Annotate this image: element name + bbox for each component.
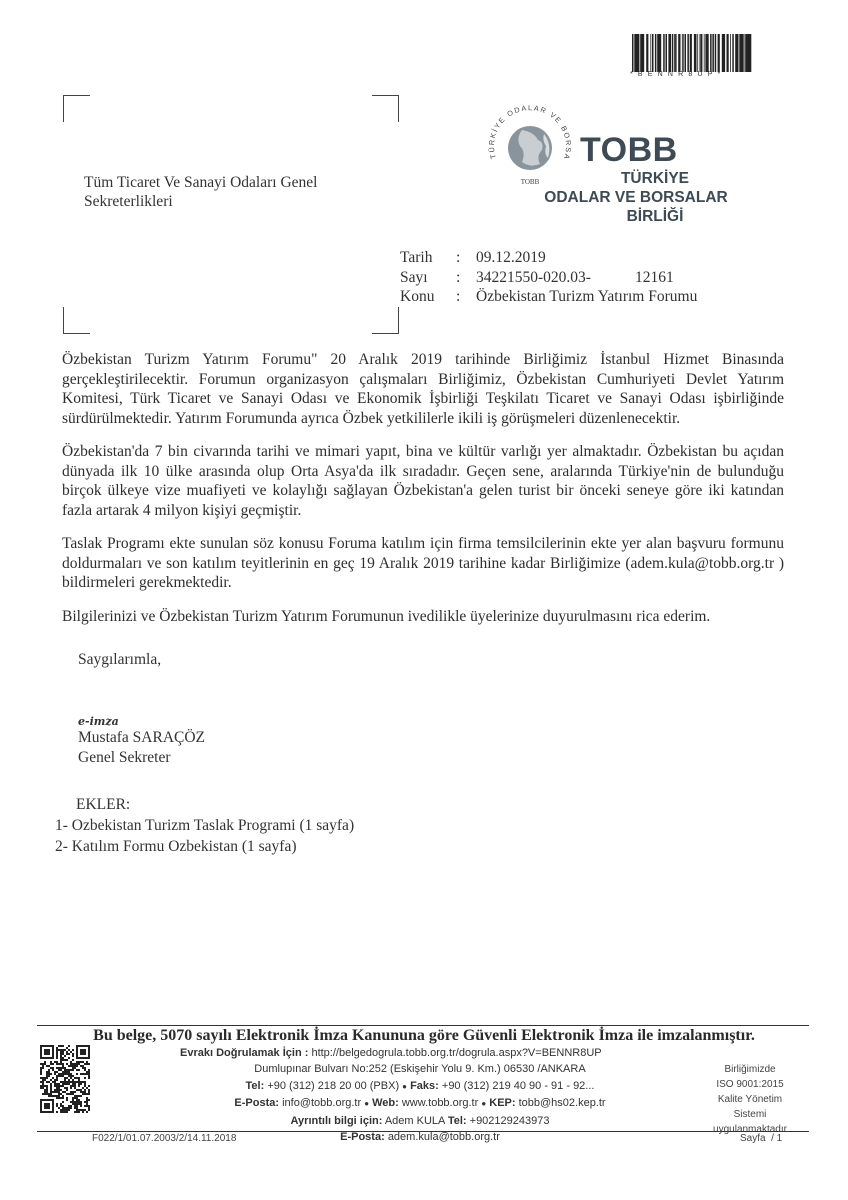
meta-label: Tarih xyxy=(400,248,456,268)
footer-detail-line: Ayrıntılı bilgi için: Adem KULA Tel: +90… xyxy=(160,1113,680,1129)
meta-date-row: Tarih : 09.12.2019 xyxy=(400,248,697,268)
logo-name-line: TÜRKİYE xyxy=(565,169,745,188)
attachments-list: 1- Ozbekistan Turizm Taslak Programi (1 … xyxy=(55,815,354,857)
footer-label: Faks: xyxy=(410,1080,439,1092)
logo-name-line: ODALAR VE BORSALAR xyxy=(527,188,745,207)
contact-email-link[interactable]: adem.kula@tobb.org.tr xyxy=(388,1131,500,1143)
bullet: ● xyxy=(481,1099,486,1108)
meta-separator: : xyxy=(456,268,476,288)
fax-value: +90 (312) 219 40 90 - 91 - 92... xyxy=(442,1080,595,1092)
email-link[interactable]: info@tobb.org.tr xyxy=(282,1097,361,1109)
address-corner-mark xyxy=(63,307,90,334)
meta-separator: : xyxy=(456,248,476,268)
logo-acronym: TOBB xyxy=(580,131,678,170)
iso-line: ISO 9001:2015 xyxy=(700,1077,800,1092)
recipient-line: Sekreterlikleri xyxy=(84,192,317,211)
footer-phone-line: Tel: +90 (312) 218 20 00 (PBX) ● Faks: +… xyxy=(160,1078,680,1095)
meta-number-value: 34221550-020.03- xyxy=(476,268,591,288)
signer-title: Genel Sekreter xyxy=(78,748,205,768)
bullet: ● xyxy=(364,1099,369,1108)
body-paragraph: Bilgilerinizi ve Özbekistan Turizm Yatır… xyxy=(62,607,784,627)
meta-subject-row: Konu : Özbekistan Turizm Yatırım Forumu xyxy=(400,287,697,307)
phone-value: +90 (312) 218 20 00 (PBX) xyxy=(267,1080,399,1092)
barcode-caption: *BENNR8UP* xyxy=(630,71,754,78)
e-signature-mark: e-imza xyxy=(78,715,119,728)
logo-name-line: BİRLİĞİ xyxy=(565,207,745,226)
kep-link[interactable]: tobb@hs02.kep.tr xyxy=(519,1097,606,1109)
tobb-emblem-icon: TÜRKİYE ODALAR VE BORSALAR BİRLİĞİ TOBB xyxy=(482,96,578,192)
meta-number-suffix: 12161 xyxy=(635,268,674,288)
meta-subject-value: Özbekistan Turizm Yatırım Forumu xyxy=(476,287,697,307)
footer-label: Ayrıntılı bilgi için: xyxy=(291,1115,383,1127)
qr-code-icon xyxy=(40,1045,90,1113)
signer-name: Mustafa SARAÇÖZ xyxy=(78,728,205,748)
bullet: ● xyxy=(402,1082,407,1091)
footer-online-line: E-Posta: info@tobb.org.tr ● Web: www.tob… xyxy=(160,1095,680,1112)
recipient-line: Tüm Ticaret Ve Sanayi Odaları Genel xyxy=(84,173,317,192)
footer-label: Tel: xyxy=(448,1115,467,1127)
body-paragraph: Özbekistan Turizm Yatırım Forumu" 20 Ara… xyxy=(62,350,784,428)
iso-certification-note: Birliğimizde ISO 9001:2015 Kalite Yöneti… xyxy=(700,1062,800,1137)
address-corner-mark xyxy=(372,307,399,334)
closing: Saygılarımla, xyxy=(78,651,161,669)
recipient-address: Tüm Ticaret Ve Sanayi Odaları Genel Sekr… xyxy=(84,173,317,211)
contact-email-link[interactable]: adem.kula@tobb.org.tr xyxy=(631,555,775,572)
page-number: Sayfa / 1 xyxy=(740,1133,782,1144)
footer-label: E-Posta: xyxy=(234,1097,279,1109)
meta-label: Konu xyxy=(400,287,456,307)
verify-url-link[interactable]: http://belgedogrula.tobb.org.tr/dogrula.… xyxy=(311,1047,601,1059)
meta-date-value: 09.12.2019 xyxy=(476,248,546,268)
meta-number-row: Sayı : 34221550-020.03- 12161 xyxy=(400,268,697,288)
body-paragraph: Taslak Programı ekte sunulan söz konusu … xyxy=(62,534,784,593)
attachment-item: 1- Ozbekistan Turizm Taslak Programi (1 … xyxy=(55,815,354,836)
footer-label: E-Posta: xyxy=(340,1131,385,1143)
iso-line: Kalite Yönetim xyxy=(700,1092,800,1107)
letter-body: Özbekistan Turizm Yatırım Forumu" 20 Ara… xyxy=(62,350,784,640)
attachment-item: 2- Katılım Formu Ozbekistan (1 sayfa) xyxy=(55,836,354,857)
footer-label: KEP: xyxy=(489,1097,515,1109)
iso-line: Sistemi xyxy=(700,1107,800,1122)
svg-text:TOBB: TOBB xyxy=(521,178,540,186)
meta-label: Sayı xyxy=(400,268,456,288)
barcode xyxy=(632,34,752,72)
footer-top-rule xyxy=(37,1025,809,1026)
footer-verify-line: Evrakı Doğrulamak İçin : http://belgedog… xyxy=(160,1045,680,1061)
contact-name: Adem KULA xyxy=(385,1115,445,1127)
address-corner-mark xyxy=(372,95,399,122)
document-meta: Tarih : 09.12.2019 Sayı : 34221550-020.0… xyxy=(400,248,697,307)
footer-label: Evrakı Doğrulamak İçin : xyxy=(180,1047,308,1059)
footer-label: Web: xyxy=(372,1097,399,1109)
iso-line: Birliğimizde xyxy=(700,1062,800,1077)
web-link[interactable]: www.tobb.org.tr xyxy=(402,1097,478,1109)
form-code: F022/1/01.07.2003/2/14.11.2018 xyxy=(92,1133,236,1144)
meta-separator: : xyxy=(456,287,476,307)
logo-organization-name: TÜRKİYE ODALAR VE BORSALAR BİRLİĞİ xyxy=(565,169,745,226)
footer-address: Dumlupınar Bulvarı No:252 (Eskişehir Yol… xyxy=(160,1061,680,1077)
body-paragraph: Özbekistan'da 7 bin civarında tarihi ve … xyxy=(62,442,784,520)
signer-block: Mustafa SARAÇÖZ Genel Sekreter xyxy=(78,728,205,767)
contact-phone: +902129243973 xyxy=(470,1115,550,1127)
attachments-heading: EKLER: xyxy=(76,796,130,814)
footer-label: Tel: xyxy=(246,1080,265,1092)
address-corner-mark xyxy=(63,95,90,122)
footer-esignature-notice: Bu belge, 5070 sayılı Elektronik İmza Ka… xyxy=(40,1027,808,1045)
footer-bottom-rule xyxy=(37,1131,809,1132)
